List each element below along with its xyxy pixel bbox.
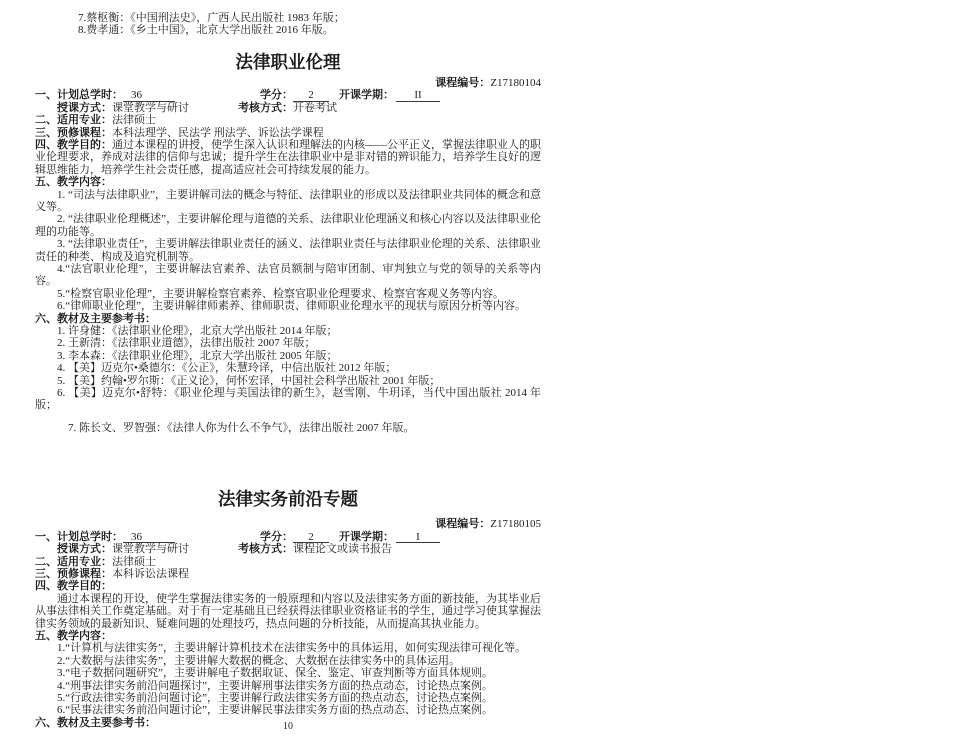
prereq-value: 本科诉讼法课程 xyxy=(112,568,189,580)
semester-label: 开课学期： xyxy=(339,89,394,101)
prereq-value: 本科法理学、民法学 刑法学、诉讼法学课程 xyxy=(112,127,324,139)
content-item: 3.“电子数据问题研究”，主要讲解电子数据取证、保全、鉴定、审查判断等方面具体规… xyxy=(35,667,541,679)
plan-hours-label: 一、计划总学时： xyxy=(35,531,123,543)
semester-value: I xyxy=(396,532,440,544)
plan-hours-value: 36 xyxy=(123,532,175,544)
previous-references: 7.蔡枢衡：《中国刑法史》，广西人民出版社 1983 年版； 8.费孝通：《乡土… xyxy=(35,12,541,37)
course-section-2: 法律实务前沿专题 课程编号：Z17180105 一、计划总学时：36 学分：2开… xyxy=(35,489,541,729)
book-item: 4. 【美】迈克尔•桑德尔：《公正》，朱慧玲译，中信出版社 2012 年版； xyxy=(35,362,541,374)
objectives-label: 四、教学目的： xyxy=(35,139,112,151)
book-item: 3. 李本森：《法律职业伦理》，北京大学出版社 2005 年版； xyxy=(35,350,541,362)
prereq-row: 三、预修课程：本科法理学、民法学 刑法学、诉讼法学课程 xyxy=(35,127,541,139)
teach-method-label: 授课方式： xyxy=(57,102,112,114)
plan-hours-value: 36 xyxy=(123,90,175,102)
content-item: 5.“检察官职业伦理”，主要讲解检察官素养、检察官职业伦理要求、检察官客观义务等… xyxy=(35,288,541,300)
course-code-row: 课程编号：Z17180104 xyxy=(35,77,541,89)
assessment-value: 课程论文或读书报告 xyxy=(293,543,392,555)
credits-label: 学分： xyxy=(260,89,293,101)
content-item: 4.“法官职业伦理”，主要讲解法官素养、法官员额制与陪审团制、审判独立与党的领导… xyxy=(35,263,541,288)
content-heading: 五、教学内容： xyxy=(35,630,541,642)
prereq-row: 三、预修课程：本科诉讼法课程 xyxy=(35,568,541,580)
course-code-label: 课程编号： xyxy=(435,518,490,530)
teach-method-label: 授课方式： xyxy=(57,543,112,555)
reference-item: 8.费孝通：《乡土中国》，北京大学出版社 2016 年版。 xyxy=(35,24,541,36)
credits-semester-group: 学分：2开课学期：II xyxy=(260,89,440,102)
course-code-value: Z17180105 xyxy=(490,518,541,530)
reference-item: 7.蔡枢衡：《中国刑法史》，广西人民出版社 1983 年版； xyxy=(35,12,541,24)
book-item: 2. 王新清：《法律职业道德》，法律出版社 2007 年版； xyxy=(35,337,541,349)
objectives-heading: 四、教学目的： xyxy=(35,580,541,592)
credits-label: 学分： xyxy=(260,531,293,543)
content-item: 2. “法律职业伦理概述”，主要讲解伦理与道德的关系、法律职业伦理涵义和核心内容… xyxy=(35,213,541,238)
assessment-group: 考核方式：开卷考试 xyxy=(238,102,337,114)
assessment-label: 考核方式： xyxy=(238,102,293,114)
content-heading: 五、教学内容： xyxy=(35,176,541,188)
teach-method-value: 课堂教学与研讨 xyxy=(112,102,189,114)
content-item: 6.“民事法律实务前沿问题讨论”，主要讲解民事法律实务方面的热点动态、讨论热点案… xyxy=(35,704,541,716)
page-content: 7.蔡枢衡：《中国刑法史》，广西人民出版社 1983 年版； 8.费孝通：《乡土… xyxy=(35,0,541,729)
book-item: 1. 许身健：《法律职业伦理》，北京大学出版社 2014 年版； xyxy=(35,325,541,337)
major-value: 法律硕士 xyxy=(112,556,156,568)
assessment-value: 开卷考试 xyxy=(293,102,337,114)
content-item: 1. “司法与法律职业”，主要讲解司法的概念与特征、法律职业的形成以及法律职业共… xyxy=(35,189,541,214)
objectives-paragraph: 四、教学目的：通过本课程的讲授，使学生深入认识和理解法的内核——公平正义，掌握法… xyxy=(35,139,541,176)
prereq-label: 三、预修课程： xyxy=(35,127,112,139)
course-section-1: 法律职业伦理 课程编号：Z17180104 一、计划总学时：36 学分：2开课学… xyxy=(35,52,541,434)
book-item: 7. 陈长文、罗智强：《法律人你为什么不争气》，法律出版社 2007 年版。 xyxy=(35,422,541,434)
semester-value: II xyxy=(396,90,440,102)
credits-value: 2 xyxy=(293,90,329,102)
objectives-paragraph: 通过本课程的开设，使学生掌握法律实务的一般原理和内容以及法律实务方面的新技能，为… xyxy=(35,593,541,630)
plan-hours-label: 一、计划总学时： xyxy=(35,89,123,101)
major-value: 法律硕士 xyxy=(112,114,156,126)
content-item: 4.“刑事法律实务前沿问题探讨”，主要讲解刑事法律实务方面的热点动态，讨论热点案… xyxy=(35,680,541,692)
content-item: 2.“大数据与法律实务”，主要讲解大数据的概念、大数据在法律实务中的具体运用。 xyxy=(35,655,541,667)
credits-semester-group: 学分：2开课学期：I xyxy=(260,531,440,544)
document-page: 7.蔡枢衡：《中国刑法史》，广西人民出版社 1983 年版； 8.费孝通：《乡土… xyxy=(0,0,960,748)
major-row: 二、适用专业：法律硕士 xyxy=(35,556,541,568)
content-item: 3. “法律职业责任”，主要讲解法律职业责任的涵义、法律职业责任与法律职业伦理的… xyxy=(35,238,541,263)
course-code-value: Z17180104 xyxy=(490,77,541,89)
major-label: 二、适用专业： xyxy=(35,114,112,126)
content-item: 6.“律师职业伦理”，主要讲解律师素养、律师职责、律师职业伦理水平的现状与原因分… xyxy=(35,300,541,312)
course-title: 法律职业伦理 xyxy=(35,52,541,73)
prereq-label: 三、预修课程： xyxy=(35,568,112,580)
assessment-group: 考核方式：课程论文或读书报告 xyxy=(238,543,392,555)
books-heading: 六、教材及主要参考书： xyxy=(35,313,541,325)
credits-value: 2 xyxy=(293,532,329,544)
book-item: 6. 【美】迈克尔•舒特：《职业伦理与美国法律的新生》，赵雪刚、牛玥译，当代中国… xyxy=(35,387,541,412)
assessment-label: 考核方式： xyxy=(238,543,293,555)
book-item: 5. 【美】约翰•罗尔斯：《正义论》，何怀宏译，中国社会科学出版社 2001 年… xyxy=(35,375,541,387)
course-code-label: 课程编号： xyxy=(435,77,490,89)
major-label: 二、适用专业： xyxy=(35,556,112,568)
major-row: 二、适用专业：法律硕士 xyxy=(35,114,541,126)
hours-credits-row: 一、计划总学时：36 学分：2开课学期：II xyxy=(35,89,541,102)
teach-method-value: 课堂教学与研讨 xyxy=(112,543,189,555)
course-code-row: 课程编号：Z17180105 xyxy=(35,518,541,530)
method-assessment-row: 授课方式：课堂教学与研讨 考核方式：开卷考试 xyxy=(35,102,541,114)
semester-label: 开课学期： xyxy=(339,531,394,543)
hours-credits-row: 一、计划总学时：36 学分：2开课学期：I xyxy=(35,531,541,544)
course-title: 法律实务前沿专题 xyxy=(35,489,541,510)
content-item: 5.“行政法律实务前沿问题讨论”，主要讲解行政法律实务方面的热点动态，讨论热点案… xyxy=(35,692,541,704)
page-number: 10 xyxy=(35,721,541,733)
content-item: 1.“计算机与法律实务”，主要讲解计算机技术在法律实务中的具体运用，如何实现法律… xyxy=(35,642,541,654)
method-assessment-row: 授课方式：课堂教学与研讨 考核方式：课程论文或读书报告 xyxy=(35,543,541,555)
